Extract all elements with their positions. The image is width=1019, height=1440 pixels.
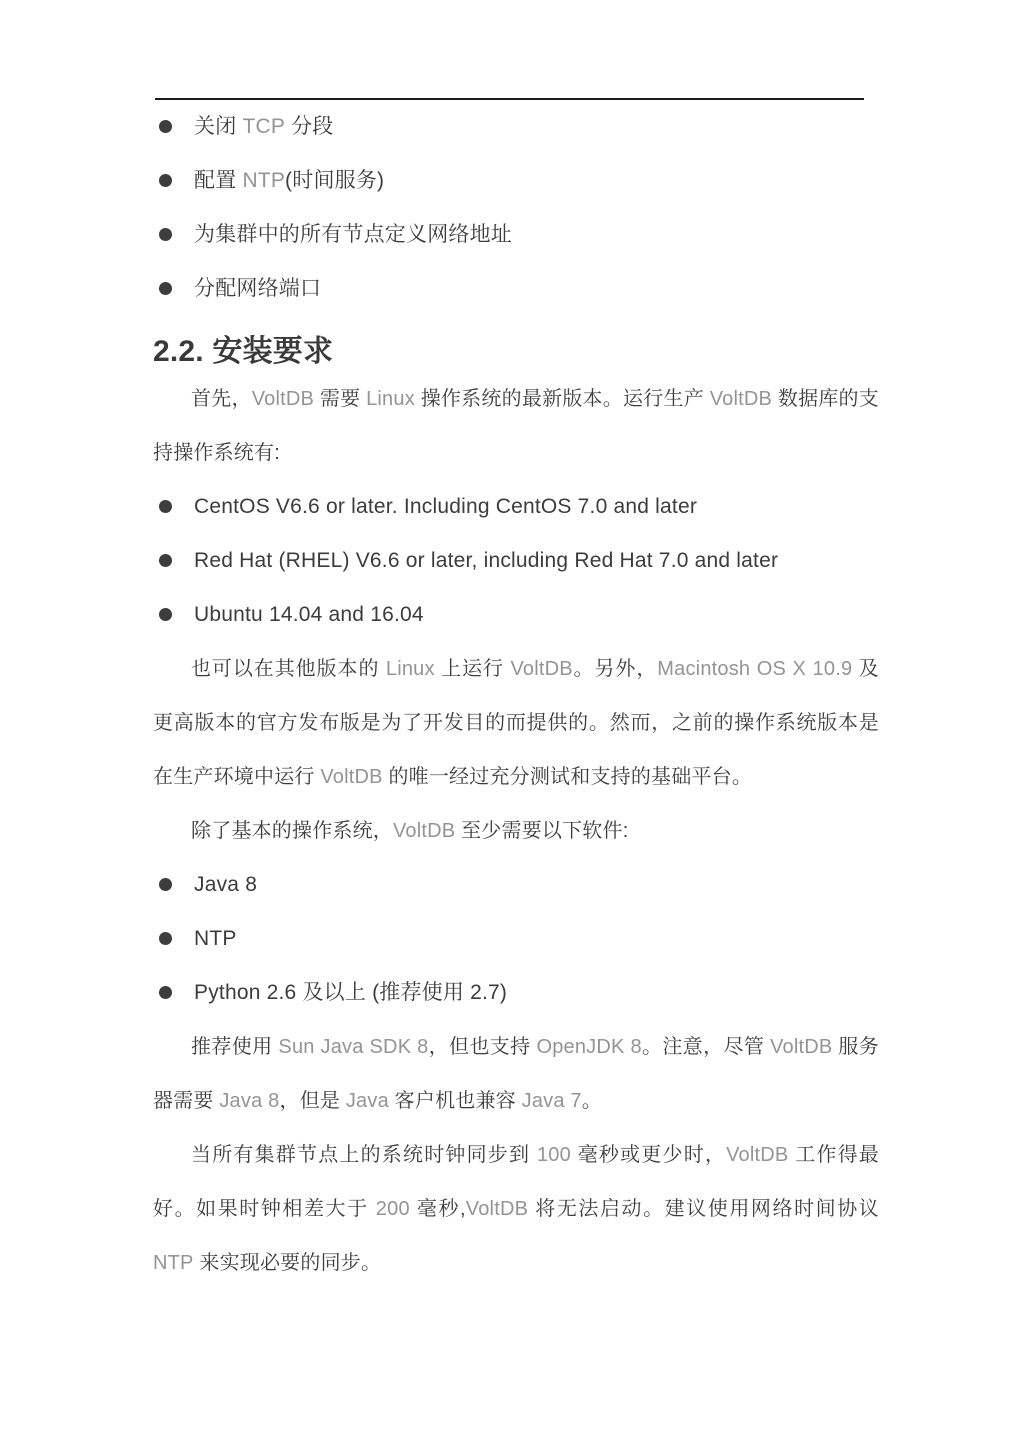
paragraph-software-intro: 除了基本的操作系统，VoltDB 至少需要以下软件: xyxy=(153,804,879,858)
list-item-label: Red Hat (RHEL) V6.6 or later, including … xyxy=(194,534,778,588)
text-segment: Java xyxy=(346,1090,389,1112)
text-segment: 配置 xyxy=(194,169,242,192)
text-segment: Java 8 xyxy=(219,1090,279,1112)
text-segment: VoltDB xyxy=(710,388,772,410)
list-item-ntp: NTP xyxy=(153,912,879,966)
list-item-label: Java 8 xyxy=(194,858,257,912)
text-segment: Ubuntu 14.04 and 16.04 xyxy=(194,603,424,626)
text-segment: TCP xyxy=(242,115,285,138)
text-segment: 毫秒, xyxy=(410,1198,466,1220)
text-segment: CentOS V6.6 or later. Including CentOS 7… xyxy=(194,495,697,518)
text-segment: NTP xyxy=(194,927,237,950)
text-segment: Linux xyxy=(386,658,435,680)
text-segment: VoltDB xyxy=(320,766,382,788)
text-segment: Linux xyxy=(366,388,415,410)
document-page: 关闭 TCP 分段 配置 NTP(时间服务) 为集群中的所有节点定义网络地址 分… xyxy=(0,0,1019,1440)
text-segment: 当所有集群节点上的系统时钟同步到 xyxy=(191,1144,537,1166)
text-segment: 200 xyxy=(376,1198,410,1220)
bullet-icon xyxy=(159,932,172,945)
text-segment: 分段 xyxy=(285,115,333,138)
list-item-ubuntu: Ubuntu 14.04 and 16.04 xyxy=(153,588,879,642)
bullet-icon xyxy=(159,554,172,567)
list-item-label: 为集群中的所有节点定义网络地址 xyxy=(194,208,512,262)
text-segment: VoltDB xyxy=(510,658,572,680)
list-item-label: 配置 NTP(时间服务) xyxy=(194,154,384,208)
text-segment: Sun Java SDK 8 xyxy=(278,1036,428,1058)
text-segment: VoltDB xyxy=(770,1036,832,1058)
text-segment: Macintosh OS X 10.9 xyxy=(657,658,852,680)
paragraph-clock-sync: 当所有集群节点上的系统时钟同步到 100 毫秒或更少时，VoltDB 工作得最好… xyxy=(153,1128,879,1290)
list-item-label: NTP xyxy=(194,912,237,966)
text-segment: 推荐使用 xyxy=(191,1036,278,1058)
text-segment: ，但是 xyxy=(280,1090,346,1112)
list-item-redhat: Red Hat (RHEL) V6.6 or later, including … xyxy=(153,534,879,588)
list-item-ntp-config: 配置 NTP(时间服务) xyxy=(153,154,879,208)
prep-list: 关闭 TCP 分段 配置 NTP(时间服务) 为集群中的所有节点定义网络地址 分… xyxy=(153,100,879,316)
text-segment: VoltDB xyxy=(393,820,455,842)
text-segment: 。另外， xyxy=(573,658,657,680)
text-segment: 首先， xyxy=(191,388,252,410)
list-item-label: 分配网络端口 xyxy=(194,262,321,316)
text-segment: OpenJDK 8 xyxy=(536,1036,641,1058)
text-segment: 100 xyxy=(537,1144,571,1166)
text-segment: 毫秒或更少时， xyxy=(571,1144,726,1166)
list-item-label: Python 2.6 及以上 (推荐使用 2.7) xyxy=(194,966,507,1020)
text-segment: NTP xyxy=(242,169,285,192)
text-segment: 需要 xyxy=(314,388,366,410)
bullet-icon xyxy=(159,878,172,891)
list-item-label: Ubuntu 14.04 and 16.04 xyxy=(194,588,424,642)
list-item-label: CentOS V6.6 or later. Including CentOS 7… xyxy=(194,480,697,534)
text-segment: ，但也支持 xyxy=(428,1036,536,1058)
list-item-java: Java 8 xyxy=(153,858,879,912)
bullet-icon xyxy=(159,174,172,187)
text-segment: 为集群中的所有节点定义网络地址 xyxy=(194,223,512,246)
paragraph-other-platforms: 也可以在其他版本的 Linux 上运行 VoltDB。另外，Macintosh … xyxy=(153,642,879,804)
list-item-network-address: 为集群中的所有节点定义网络地址 xyxy=(153,208,879,262)
bullet-icon xyxy=(159,228,172,241)
text-segment: 。 xyxy=(582,1090,602,1112)
text-segment: 也可以在其他版本的 xyxy=(191,658,386,680)
text-segment: 关闭 xyxy=(194,115,242,138)
text-segment: Java 7 xyxy=(522,1090,582,1112)
text-segment: VoltDB xyxy=(726,1144,788,1166)
os-list: CentOS V6.6 or later. Including CentOS 7… xyxy=(153,480,879,642)
paragraph-java-sdk: 推荐使用 Sun Java SDK 8，但也支持 OpenJDK 8。注意，尽管… xyxy=(153,1020,879,1128)
list-item-label: 关闭 TCP 分段 xyxy=(194,100,333,154)
text-segment: NTP xyxy=(153,1252,194,1274)
text-segment: 将无法启动。建议使用网络时间协议 xyxy=(528,1198,879,1220)
text-segment: (时间服务) xyxy=(285,169,384,192)
paragraph-os-intro: 首先，VoltDB 需要 Linux 操作系统的最新版本。运行生产 VoltDB… xyxy=(153,372,879,480)
bullet-icon xyxy=(159,500,172,513)
text-segment: Red Hat (RHEL) V6.6 or later, including … xyxy=(194,549,778,572)
text-segment: 上运行 xyxy=(435,658,511,680)
text-segment: VoltDB xyxy=(252,388,314,410)
software-list: Java 8 NTP Python 2.6 及以上 (推荐使用 2.7) xyxy=(153,858,879,1020)
text-segment: 客户机也兼容 xyxy=(389,1090,522,1112)
text-segment: 操作系统的最新版本。运行生产 xyxy=(415,388,710,410)
text-segment: 来实现必要的同步。 xyxy=(194,1252,382,1274)
text-segment: 的唯一经过充分测试和支持的基础平台。 xyxy=(383,766,752,788)
text-segment: Java 8 xyxy=(194,873,257,896)
section-heading: 2.2. 安装要求 xyxy=(153,332,879,372)
text-segment: 。注意，尽管 xyxy=(642,1036,770,1058)
bullet-icon xyxy=(159,986,172,999)
list-item-centos: CentOS V6.6 or later. Including CentOS 7… xyxy=(153,480,879,534)
text-segment: VoltDB xyxy=(466,1198,528,1220)
bullet-icon xyxy=(159,120,172,133)
text-segment: 除了基本的操作系统， xyxy=(191,820,393,842)
list-item-network-ports: 分配网络端口 xyxy=(153,262,879,316)
bullet-icon xyxy=(159,608,172,621)
bullet-icon xyxy=(159,282,172,295)
list-item-python: Python 2.6 及以上 (推荐使用 2.7) xyxy=(153,966,879,1020)
text-segment: Python 2.6 及以上 (推荐使用 2.7) xyxy=(194,981,507,1004)
text-segment: 分配网络端口 xyxy=(194,277,321,300)
list-item-tcp-segmentation: 关闭 TCP 分段 xyxy=(153,100,879,154)
text-segment: 至少需要以下软件: xyxy=(455,820,628,842)
